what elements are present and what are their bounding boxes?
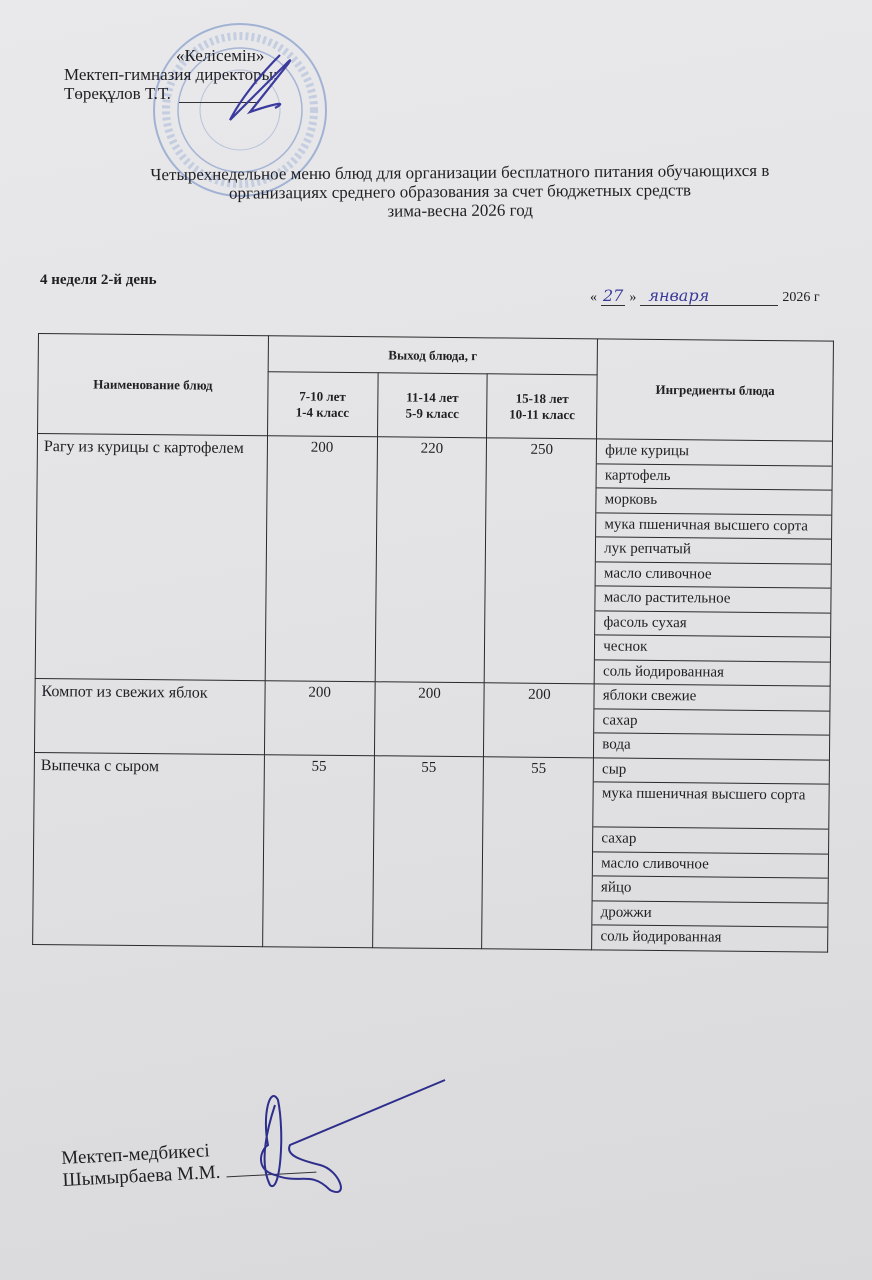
approval-name: Төреқұлов Т.Т. — [64, 84, 171, 103]
document-date: « 27 » января 2026 г — [590, 286, 820, 306]
director-signature-icon — [220, 50, 320, 130]
ingredient-item: чеснок — [595, 635, 830, 662]
ingredient-item: сахар — [593, 827, 828, 854]
ingredient-item: лук репчатый — [596, 537, 831, 564]
week-day-label: 4 неделя 2-й день — [40, 272, 157, 289]
ingredient-item: филе курицы — [597, 439, 832, 466]
date-quote-close: » — [629, 290, 636, 306]
dish-name: Компот из свежих яблок — [34, 678, 264, 754]
header-age-1: 7-10 лет1-4 класс — [267, 372, 377, 437]
header-dish-name: Наименование блюд — [38, 334, 269, 436]
ingredient-item: соль йодированная — [595, 660, 830, 686]
yield-value-1: 200 — [264, 681, 375, 756]
header-yield: Выход блюда, г — [268, 336, 598, 375]
ingredient-item: сыр — [594, 758, 829, 785]
ingredient-item: яйцо — [593, 876, 828, 903]
ingredient-item: дрожжи — [593, 901, 828, 928]
ingredient-item: масло растительное — [596, 586, 831, 613]
ingredient-item: мука пшеничная высшего сорта — [594, 782, 829, 829]
ingredient-item: морковь — [597, 488, 832, 515]
ingredients-cell: филе курицыкартофельморковьмука пшенична… — [594, 439, 832, 686]
date-day: 27 — [601, 286, 625, 306]
ingredient-item: фасоль сухая — [595, 611, 830, 638]
header-age-3: 15-18 лет10-11 класс — [487, 374, 597, 439]
table-row: Выпечка с сыром555555сырмука пшеничная в… — [33, 752, 830, 952]
document-title: Четырехнедельное меню блюд для организац… — [100, 160, 820, 222]
ingredient-item: масло сливочное — [596, 562, 831, 589]
date-month: января — [640, 286, 778, 306]
dish-name: Выпечка с сыром — [33, 752, 265, 946]
ingredient-item: соль йодированная — [592, 925, 827, 951]
dish-name: Рагу из курицы с картофелем — [35, 434, 267, 681]
yield-value-2: 200 — [374, 682, 485, 757]
yield-value-3: 200 — [484, 683, 595, 758]
yield-value-3: 55 — [482, 756, 594, 949]
header-age-2: 11-14 лет5-9 класс — [377, 373, 487, 438]
yield-value-1: 55 — [262, 754, 374, 947]
menu-table: Наименование блюд Выход блюда, г Ингреди… — [32, 333, 834, 952]
ingredient-item: мука пшеничная высшего сорта — [596, 513, 831, 540]
date-year: 2026 г — [782, 290, 819, 306]
yield-value-2: 220 — [375, 437, 487, 683]
ingredients-cell: яблоки свежиесахарвода — [594, 684, 830, 760]
yield-value-1: 200 — [265, 436, 377, 682]
ingredient-item: сахар — [594, 709, 829, 736]
yield-value-2: 55 — [372, 755, 484, 948]
ingredients-cell: сырмука пшеничная высшего сортасахармасл… — [592, 757, 830, 951]
yield-value-3: 250 — [485, 438, 597, 684]
title-line-3: зима-весна 2026 год — [100, 198, 820, 222]
header-ingredients: Ингредиенты блюда — [597, 339, 834, 441]
date-quote-open: « — [590, 290, 597, 306]
ingredient-item: картофель — [597, 464, 832, 491]
ingredient-item: масло сливочное — [593, 852, 828, 879]
ingredient-item: вода — [594, 733, 829, 759]
ingredient-item: яблоки свежие — [595, 684, 830, 711]
nurse-signature-icon — [240, 1075, 460, 1205]
table-row: Рагу из курицы с картофелем200220250филе… — [35, 434, 832, 687]
table-row: Компот из свежих яблок200200200яблоки св… — [34, 678, 830, 759]
